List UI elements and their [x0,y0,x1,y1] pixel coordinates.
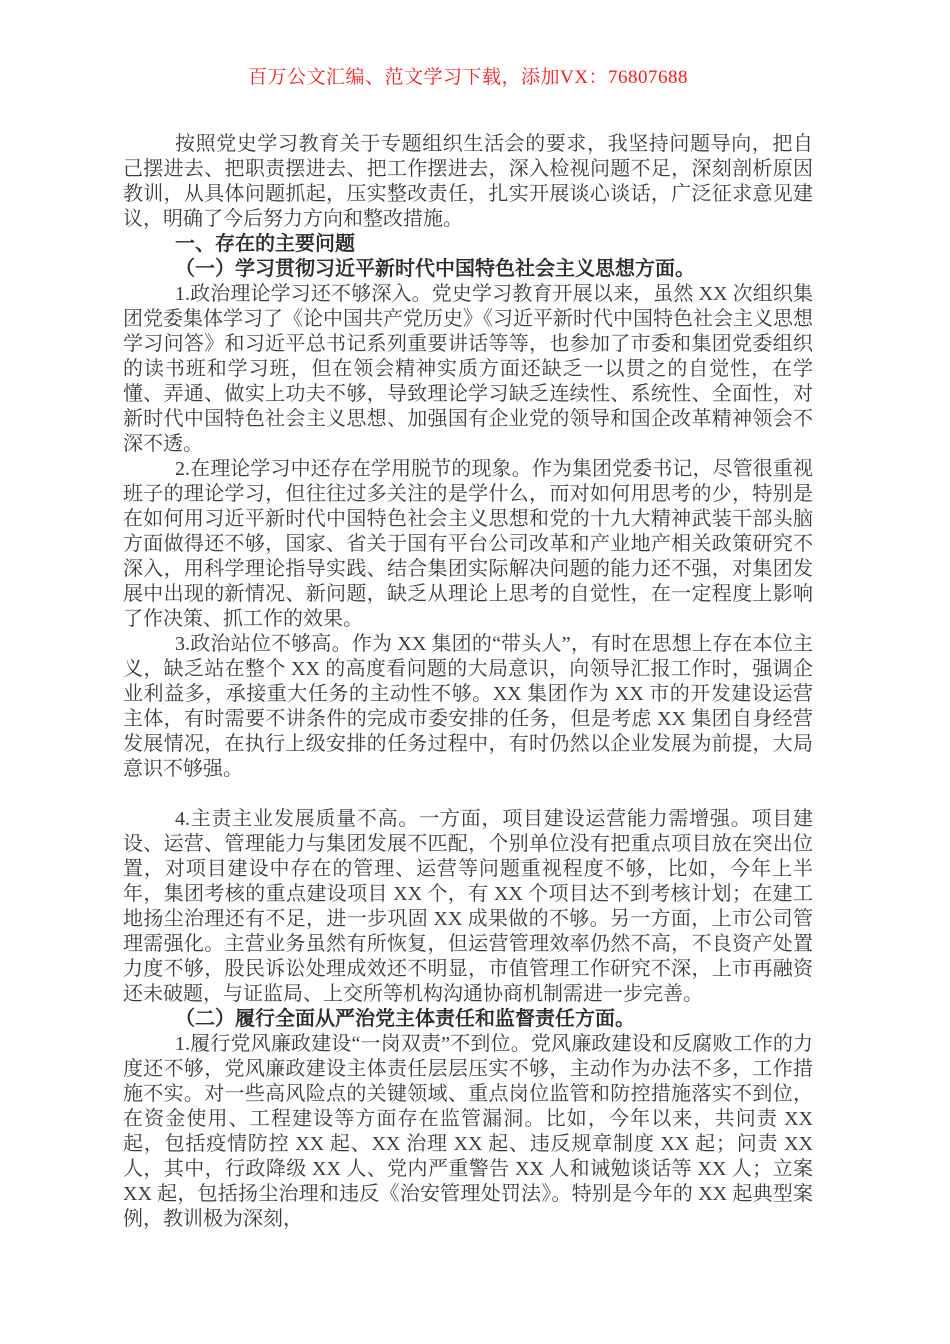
section-1-heading: 一、存在的主要问题 [123,232,813,257]
document-page: 百万公文汇编、范文学习下载，添加VX：76807688 按照党史学习教育关于专题… [0,0,950,1344]
subsection-2-heading: （二）履行全面从严治党主体责任和监督责任方面。 [123,1007,813,1032]
issue-paragraph-3: 3.政治站位不够高。作为 XX 集团的“带头人”，有时在思想上存在本位主义，缺乏… [123,632,813,782]
intro-paragraph: 按照党史学习教育关于专题组织生活会的要求，我坚持问题导向，把自己摆进去、把职责摆… [123,132,813,232]
issue-paragraph-2: 2.在理论学习中还存在学用脱节的现象。作为集团党委书记，尽管很重视班子的理论学习… [123,457,813,632]
document-body: 按照党史学习教育关于专题组织生活会的要求，我坚持问题导向，把自己摆进去、把职责摆… [123,132,813,1232]
issue-paragraph-4: 4.主责主业发展质量不高。一方面，项目建设运营能力需增强。项目建设、运营、管理能… [123,807,813,1007]
issue-paragraph-1: 1.政治理论学习还不够深入。党史学习教育开展以来，虽然 XX 次组织集团党委集体… [123,282,813,457]
issue-paragraph-5: 1.履行党风廉政建设“一岗双责”不到位。党风廉政建设和反腐败工作的力度还不够，党… [123,1032,813,1232]
promo-banner: 百万公文汇编、范文学习下载，添加VX：76807688 [123,0,813,92]
subsection-1-heading: （一）学习贯彻习近平新时代中国特色社会主义思想方面。 [123,257,813,282]
